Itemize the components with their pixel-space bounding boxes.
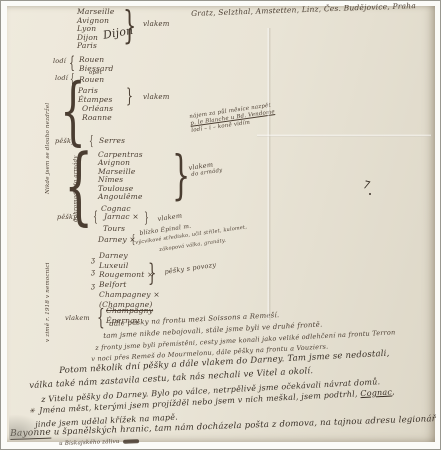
city-list-tail: OrléansRoanne — [82, 105, 113, 122]
main-line4-suffix: , — [392, 387, 395, 396]
brace-train3: { — [97, 306, 105, 331]
margin-note-lower: v zimě r. 1918 v nemocnici — [45, 246, 51, 342]
mode-train2-label: vlakem — [143, 93, 170, 101]
city-name: Angoulême — [98, 193, 143, 201]
cognac-underlined: Cognac — [360, 388, 392, 399]
rent-annotation: nájem za půl měsíce nazpět p. le Blanche… — [189, 102, 276, 135]
city-name: Champagney × — [99, 290, 160, 300]
ink-tick: ʒ — [91, 268, 95, 276]
brace-walk2-open: { — [93, 209, 98, 225]
ink-tick: ʒ — [91, 256, 95, 264]
mode-train3-label: vlakem — [65, 314, 90, 322]
bayonne-insert: u Biskajského zálivu — [59, 438, 139, 447]
vertical-fold-crease — [267, 28, 271, 320]
margin-note-upper: Nikde jsem se dlouho nezdržel — [45, 76, 51, 194]
city-name: Roanne — [82, 114, 113, 123]
city-struck: Champagny — [106, 306, 153, 315]
bayonne-insert-text: u Biskajského zálivu — [59, 439, 120, 447]
mode-walk2-train-label: vlakem — [157, 212, 183, 223]
margin-note-middle: dohromady do armády — [73, 152, 79, 222]
city-list-walk1: Serres — [99, 137, 125, 146]
mode-boat1-label: lodí — [53, 57, 66, 65]
ink-tick: ʒ — [91, 282, 95, 290]
brace-right-train2: } — [126, 83, 133, 107]
scanned-letter: Gratz, Selzthal, Amstetten, Linz, Čes. B… — [0, 0, 441, 450]
crossed-out-scribble — [123, 439, 139, 444]
city-name: Paris — [77, 42, 114, 51]
paper-sheet: Gratz, Selzthal, Amstetten, Linz, Čes. B… — [7, 6, 435, 442]
corner-smudge — [9, 414, 45, 440]
city-name: Serres — [99, 137, 125, 146]
brace-walk2-close: } — [144, 210, 149, 226]
city-list-army: CarpentrasAvignonMarseilleNîmesToulouseA… — [98, 151, 143, 201]
route-line: Gratz, Selzthal, Amstetten, Linz, Čes. B… — [191, 1, 416, 18]
horizontal-fold-crease — [257, 134, 431, 137]
ink-dot — [369, 193, 371, 195]
mode-train1-label: vlakem — [143, 20, 170, 28]
brace-right-army: } — [172, 146, 190, 206]
mode-foot-carts-label: pěšky s povozy — [164, 261, 217, 276]
city-jarnac: Jarnac × — [104, 212, 139, 221]
brace-right-foot-carts: } — [148, 259, 156, 287]
city-tours: Tours — [103, 224, 125, 233]
stray-ink-mark: ⁊ — [361, 175, 370, 190]
